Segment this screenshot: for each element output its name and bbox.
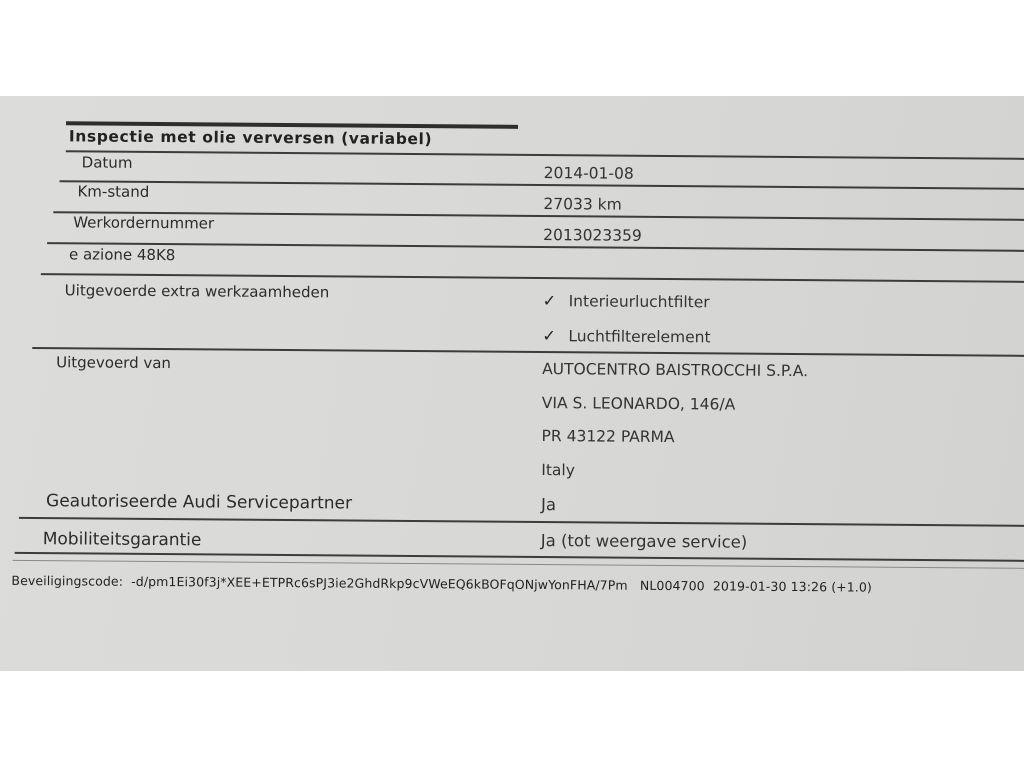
date-label: Datum (82, 153, 133, 171)
row-divider (47, 242, 1024, 251)
dealer-name: AUTOCENTRO BAISTROCCHI S.P.A. (542, 360, 808, 380)
dealer-code: NL004700 (640, 578, 705, 594)
row-divider (66, 150, 1024, 159)
authorized-partner-label: Geautoriseerde Audi Servicepartner (46, 491, 352, 513)
mobility-guarantee-value: Ja (tot weergave service) (541, 531, 748, 552)
service-record-sheet: Inspectie met olie verversen (variabel) … (0, 96, 1024, 671)
authorized-partner-value: Ja (541, 495, 556, 514)
dealer-street: VIA S. LEONARDO, 146/A (542, 394, 736, 414)
print-timestamp: 2019-01-30 13:26 (+1.0) (713, 578, 872, 594)
section-title: Inspectie met olie verversen (variabel) (69, 127, 432, 148)
extra-work-label: Uitgevoerde extra werkzaamheden (65, 281, 330, 301)
performed-by-label: Uitgevoerd van (56, 353, 171, 372)
work-order-value: 2013023359 (543, 226, 642, 245)
mobility-guarantee-label: Mobiliteitsgarantie (43, 529, 202, 550)
action-code-label: e azione 48K8 (69, 245, 176, 264)
extra-work-item-text: Luchtfilterelement (568, 327, 710, 346)
extra-work-item: ✓Luchtfilterelement (542, 326, 710, 346)
security-code-label: Beveiligingscode: (11, 573, 123, 589)
dealer-country: Italy (541, 461, 575, 479)
mileage-value: 27033 km (543, 195, 621, 214)
row-divider (60, 180, 1024, 189)
extra-work-item: ✓Interieurluchtfilter (543, 291, 710, 311)
mileage-label: Km-stand (77, 182, 149, 201)
row-divider (15, 552, 1024, 562)
checkmark-icon: ✓ (542, 326, 560, 345)
footer-divider (13, 560, 1024, 569)
row-divider (19, 517, 1024, 527)
extra-work-item-text: Interieurluchtfilter (569, 292, 710, 311)
security-footer: Beveiligingscode: -d/pm1Ei30f3j*XEE+ETPR… (11, 573, 872, 595)
document-photo: Inspectie met olie verversen (variabel) … (0, 96, 1024, 671)
work-order-label: Werkordernummer (73, 213, 214, 232)
dealer-city: PR 43122 PARMA (542, 427, 675, 446)
row-divider (32, 347, 1024, 356)
row-divider (41, 273, 1024, 282)
checkmark-icon: ✓ (543, 291, 561, 310)
date-value: 2014-01-08 (544, 164, 634, 183)
security-code: -d/pm1Ei30f3j*XEE+ETPRc6sPJ3ie2GhdRkp9cV… (131, 574, 628, 593)
